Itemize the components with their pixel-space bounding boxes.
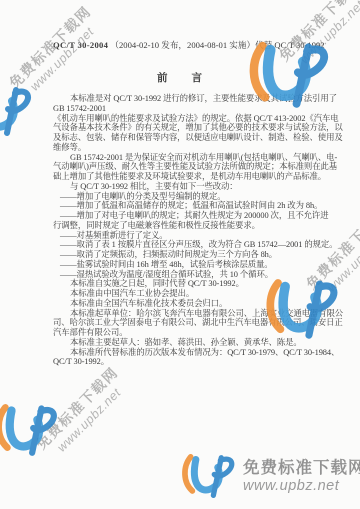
document-line: 汽车部件有限公司。 bbox=[53, 328, 353, 338]
document-line: 本标准自实施之日起，同时代替 QC/T 30-1992。 bbox=[53, 279, 353, 289]
standard-code: QC/T 30-2004 bbox=[53, 40, 108, 50]
document-line: 《机动车用喇叭的性能要求及试验方法》的规定。依据 QC/T 413-2002《汽… bbox=[53, 114, 353, 124]
document-line: ——取消了定频振动，扫频振动时间规定为三个方向各 8h。 bbox=[53, 250, 353, 260]
document-line: ——盐雾试验时间由 16h 增至 48h，试验后考核涂层质量。 bbox=[53, 260, 353, 270]
watermark-text: 免费标准下载网 www.upbz.net bbox=[5, 2, 106, 103]
document-header: QC/T 30-2004 （2004-02-10 发布，2004-08-01 实… bbox=[53, 39, 325, 51]
section-title: 前 言 bbox=[0, 70, 360, 85]
document-line: 本标准是对 QC/T 30-1992 进行的修订，主要性能要求及其试验方法引用了 bbox=[53, 94, 353, 104]
upbz-logo-icon bbox=[0, 80, 34, 136]
document-line: 本标准主要起草人：骆如孝、蒋洪田、孙全颖、黄承华、陈是。 bbox=[53, 338, 353, 348]
scanned-document-page: QC/T 30-2004 （2004-02-10 发布，2004-08-01 实… bbox=[0, 0, 360, 509]
upbz-logo bbox=[0, 398, 60, 456]
watermark-site-url: www.upbz.net bbox=[19, 16, 106, 103]
document-line: 行调整，同时规定了电磁兼容性能和极性反接性能要求。 bbox=[53, 221, 353, 231]
document-line: 气设备基本技术条件》的有关规定，增加了其他必要的技术要求与试验方法，以 bbox=[53, 123, 353, 133]
document-line: 及标志、包装、储存和保管等内容，以便适应电喇叭设计、制造、检验、使用及 bbox=[53, 133, 353, 143]
site-banner: 免费标准下载网 www.upbz.net bbox=[181, 449, 360, 498]
watermark-text: 免费标准下载网 www.upbz.net bbox=[32, 363, 133, 464]
document-line: 司、哈尔滨工业大学固泰电子有限公司、湖北中生汽车电器有限公司、瑞安日正 bbox=[53, 318, 353, 328]
watermark-site-name: 免费标准下载网 bbox=[275, 0, 360, 65]
document-line: GB 15742-2001 是为保证安全而对机动车用喇叭(包括电喇叭、气喇叭、电… bbox=[53, 153, 353, 163]
document-line: ——湿热试验改为温度/湿度组合循环试验，共 10 个循环。 bbox=[53, 270, 353, 280]
document-line: ——对基频重新进行了定义。 bbox=[53, 231, 353, 241]
document-line: GB 15742-2001 bbox=[53, 104, 353, 114]
document-line: ——增加了电喇叭的分类及型号编制的规定。 bbox=[53, 192, 353, 202]
watermark-text: 免费标准下载网 www.upbz.net bbox=[275, 0, 360, 75]
document-line: 本标准起草单位：哈尔滨飞奔汽车电器有限公司、上海实业交通电器有限公 bbox=[53, 309, 353, 319]
banner-site-name: 免费标准下载网 bbox=[243, 454, 360, 478]
upbz-logo bbox=[0, 80, 34, 136]
document-line: QC/T 30-1992。 bbox=[53, 357, 353, 367]
document-body: 本标准是对 QC/T 30-1992 进行的修订，主要性能要求及其试验方法引用了… bbox=[53, 94, 353, 367]
document-line: ——增加了对电子电喇叭的规定；其耐久性规定为 200000 次，且不允许进 bbox=[53, 211, 353, 221]
document-line: 与 QC/T 30-1992 相比，主要有如下一些改动： bbox=[53, 182, 353, 192]
document-line: 本标准由全国汽车标准化技术委员会归口。 bbox=[53, 299, 353, 309]
watermark-site-url: www.upbz.net bbox=[289, 0, 360, 75]
header-meta: （2004-02-10 发布，2004-08-01 实施）代替 QC/T 30-… bbox=[110, 40, 324, 50]
upbz-logo-icon bbox=[0, 398, 60, 456]
banner-site-url: www.upbz.net bbox=[243, 478, 360, 494]
document-line: ——增加了低温和高温储存的规定；低温和高温试验时间由 2h 改为 8h。 bbox=[53, 201, 353, 211]
document-line: 维修等。 bbox=[53, 143, 353, 153]
watermark-site-url: www.upbz.net bbox=[46, 377, 133, 464]
upbz-logo bbox=[181, 449, 237, 498]
document-line: 本标准所代替标准的历次版本发布情况为：QC/T 30-1979、QC/T 30-… bbox=[53, 348, 353, 358]
upbz-logo-icon bbox=[181, 449, 237, 498]
watermark-site-name: 免费标准下载网 bbox=[32, 363, 123, 454]
document-line: ——取消了表 1 按膜片直径区分声压级，改为符合 GB 15742—2001 的… bbox=[53, 240, 353, 250]
document-line: 气动喇叭)声压级、耐久性等主要性能及试验方法所做的规定；本标准则在此基 bbox=[53, 162, 353, 172]
document-line: 础上增加了其他性能要求及环境试验要求，是机动车用电喇叭的产品标准。 bbox=[53, 172, 353, 182]
document-line: 本标准由中国汽车工业协会提出。 bbox=[53, 289, 353, 299]
